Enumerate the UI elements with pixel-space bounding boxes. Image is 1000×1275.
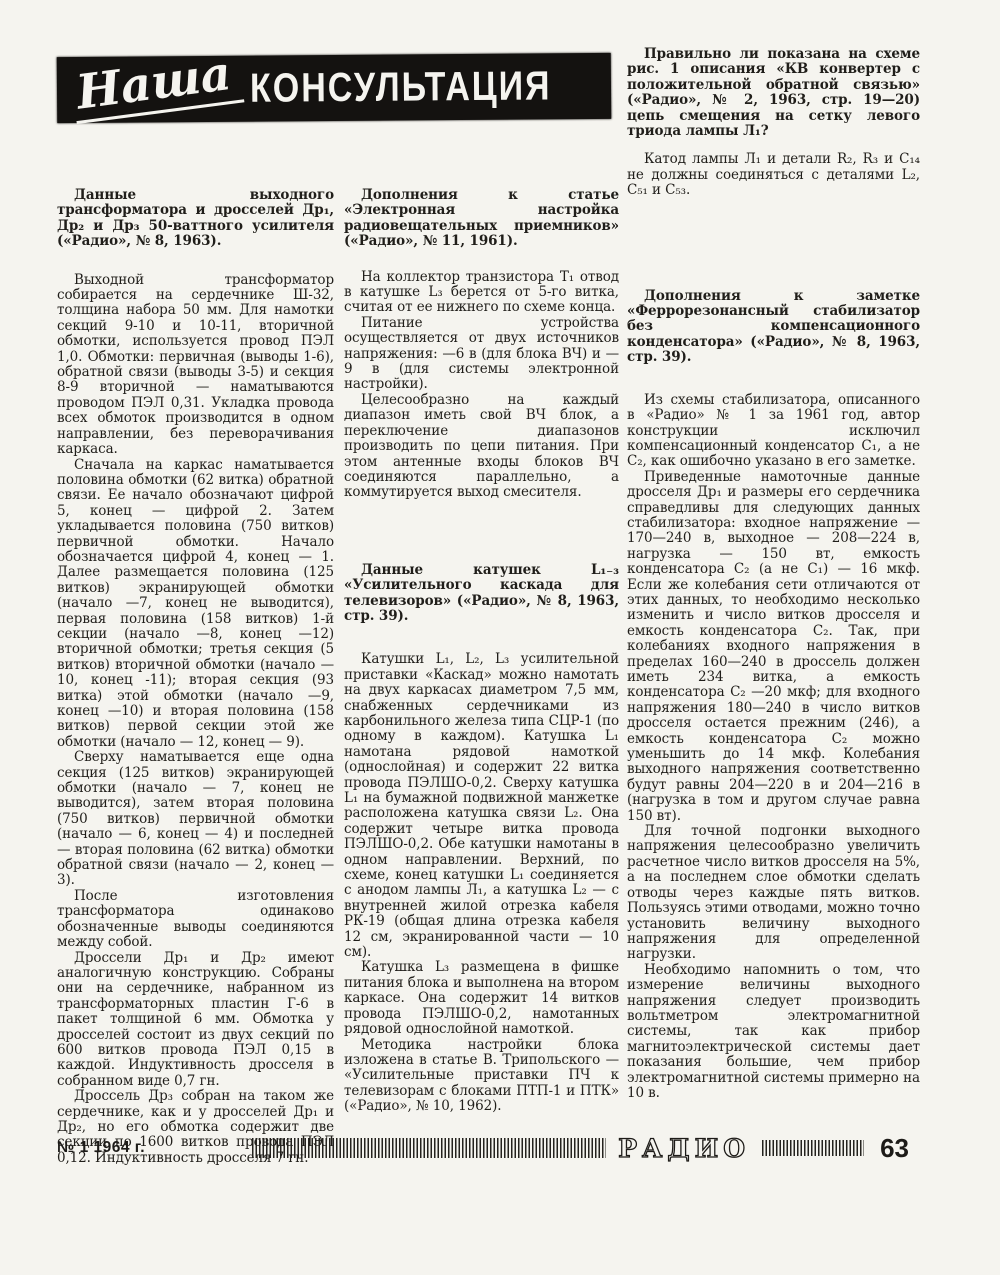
body-paragraph: Питание устройства осуществляется от дву… xyxy=(344,316,619,393)
middle-column-heading-2: Данные катушек L₁₋₃ «Усилительного каска… xyxy=(344,563,619,625)
body-paragraph: Приведенные намоточные данные дросселя Д… xyxy=(627,470,920,824)
body-paragraph: Для точной подгонки выходного напряжения… xyxy=(627,824,920,963)
radio-magazine-logo: РАДИО xyxy=(618,1134,750,1163)
body-paragraph: Выходной трансформатор собирается на сер… xyxy=(57,273,334,458)
banner-title: КОНСУЛЬТАЦИЯ xyxy=(250,63,552,112)
body-paragraph: Катушки L₁, L₂, L₃ усилительной приставк… xyxy=(344,652,619,960)
issue-label: № 1 1964 г. xyxy=(57,1139,145,1157)
body-paragraph: Сначала на каркас наматывается половина … xyxy=(57,458,334,751)
right-column: Правильно ли показана на схеме рис. 1 оп… xyxy=(627,47,920,1101)
reader-question: Правильно ли показана на схеме рис. 1 оп… xyxy=(627,47,920,139)
left-column-body: Выходной трансформатор собирается на сер… xyxy=(57,273,334,1167)
right-column-body: Из схемы стабилизатора, описанного в «Ра… xyxy=(627,393,920,1102)
middle-column-heading-1: Дополнения к статье «Электронная настрой… xyxy=(344,188,619,250)
body-paragraph: Из схемы стабилизатора, описанного в «Ра… xyxy=(627,393,920,470)
right-column-heading: Дополнения к заметке «Феррорезонансный с… xyxy=(627,289,920,366)
banner-script-word: Наша xyxy=(70,49,245,124)
left-column: Данные выходного трансформатора и дроссе… xyxy=(57,188,334,1166)
decorative-stripe-rule xyxy=(252,1138,606,1158)
page-number: 63 xyxy=(880,1133,909,1164)
magazine-page: Наша КОНСУЛЬТАЦИЯ Данные выходного транс… xyxy=(0,0,1000,1275)
body-paragraph: На коллектор транзистора T₁ отвод в кату… xyxy=(344,270,619,316)
middle-column: Дополнения к статье «Электронная настрой… xyxy=(344,188,619,1115)
middle-column-body-2: Катушки L₁, L₂, L₃ усилительной приставк… xyxy=(344,652,619,1114)
body-paragraph: Катушка L₃ размещена в фишке питания бло… xyxy=(344,960,619,1037)
body-paragraph: Сверху наматывается еще одна секция (125… xyxy=(57,750,334,889)
page-footer: № 1 1964 г. РАДИО 63 xyxy=(57,1134,909,1162)
body-paragraph: Дроссели Др₁ и Др₂ имеют аналогичную кон… xyxy=(57,951,334,1090)
body-paragraph: Целесообразно на каждый диапазон иметь с… xyxy=(344,393,619,501)
reader-answer: Катод лампы Л₁ и детали R₂, R₃ и C₁₄ не … xyxy=(627,152,920,198)
middle-column-body-1: На коллектор транзистора T₁ отвод в кату… xyxy=(344,270,619,501)
body-paragraph: Методика настройки блока изложена в стат… xyxy=(344,1038,619,1115)
decorative-stripe-rule xyxy=(762,1140,864,1156)
left-column-heading: Данные выходного трансформатора и дроссе… xyxy=(57,188,334,250)
section-banner: Наша КОНСУЛЬТАЦИЯ xyxy=(57,53,612,123)
body-paragraph: Необходимо напомнить о том, что измерени… xyxy=(627,963,920,1102)
body-paragraph: После изготовления трансформатора одинак… xyxy=(57,889,334,951)
